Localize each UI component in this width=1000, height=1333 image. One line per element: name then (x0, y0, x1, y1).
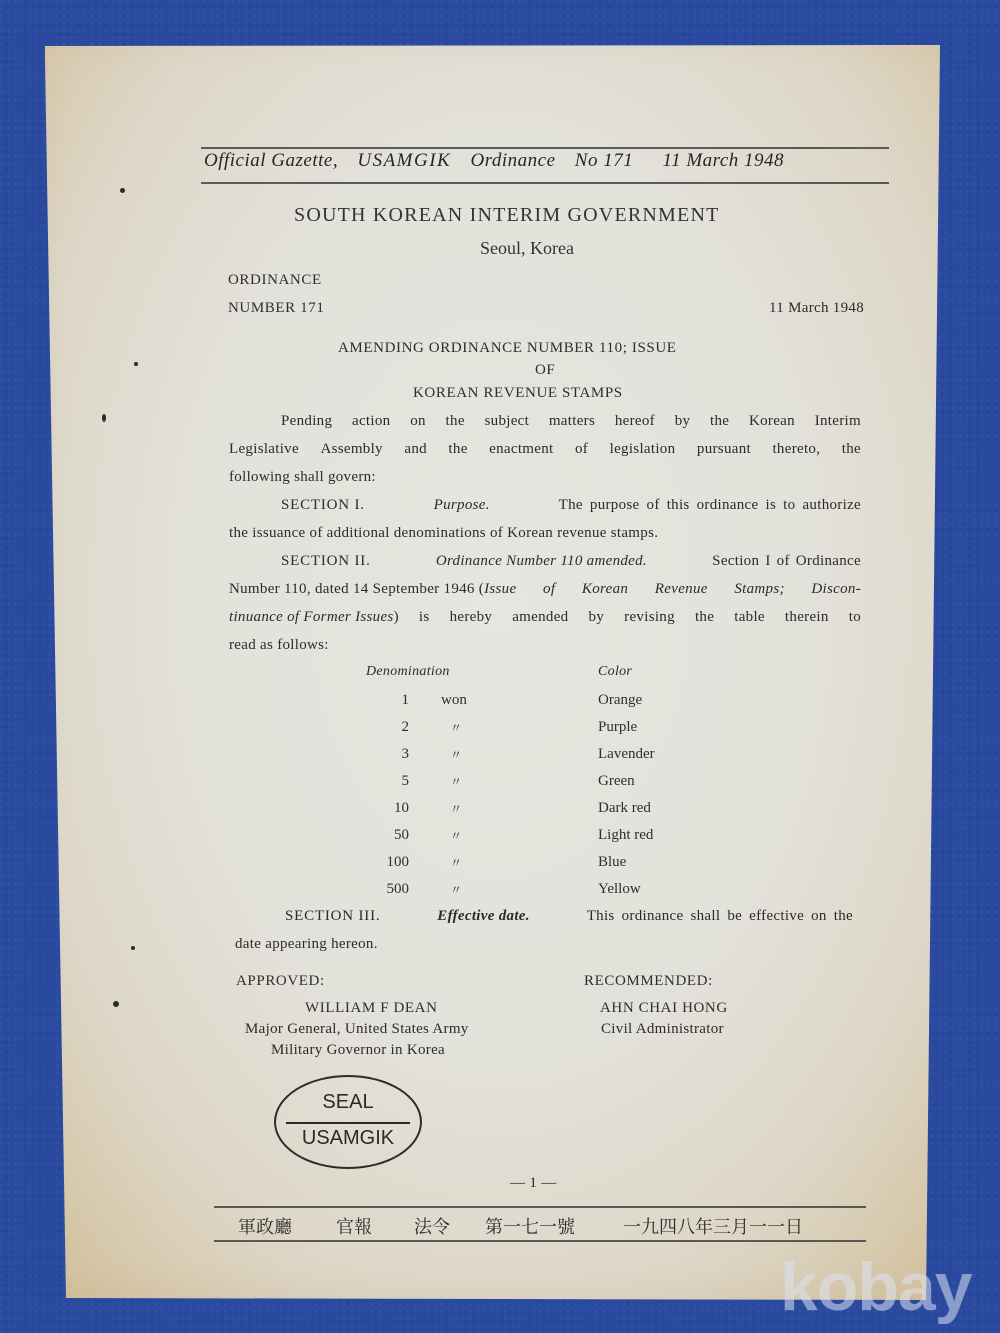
word: action (352, 413, 390, 430)
denomination-unit: 〃 (450, 746, 462, 763)
stamp-color: Light red (598, 827, 653, 844)
denomination-unit: 〃 (450, 719, 462, 736)
recommended-title-1: Civil Administrator (601, 1021, 724, 1038)
recommended-label: RECOMMENDED: (584, 973, 713, 990)
header-rule-bottom (201, 182, 889, 184)
word: enactment (489, 441, 553, 458)
word: legislation (610, 441, 676, 458)
section-1-line-2: the issuance of additional denominations… (229, 525, 658, 542)
ink-speck (134, 362, 138, 366)
subject-line-1: AMENDING ORDINANCE NUMBER 110; ISSUE (338, 340, 677, 357)
section-2-text: Section I of Ordinance (712, 553, 861, 570)
section-3-label: SECTION III. (285, 908, 380, 925)
section-2-line-2: Number 110, dated 14 September 1946 ( Is… (229, 581, 861, 598)
stamp-color: Yellow (598, 881, 641, 898)
ink-speck (120, 188, 125, 193)
usamgik-seal: SEAL USAMGIK (274, 1075, 422, 1169)
preamble-line-1: Pending action on the subject matters he… (281, 413, 861, 430)
location: Seoul, Korea (480, 238, 574, 259)
gazette-org: USAMGIK (357, 150, 451, 171)
stamp-color: Dark red (598, 800, 651, 817)
approved-label: APPROVED: (236, 973, 325, 990)
section-2-cited-title: Issue of Korean Revenue Stamps; Discon- (484, 581, 861, 598)
section-3-title: Effective date. (437, 908, 530, 925)
footer-ordinance: 法令 (414, 1213, 450, 1239)
gazette-label: Official Gazette, (204, 150, 338, 171)
section-3-text: This ordinance shall be effective on the (587, 908, 853, 925)
denomination-unit: 〃 (450, 827, 462, 844)
denomination-value: 5 (402, 773, 410, 790)
section-2-text: Number 110, dated 14 September 1946 ( (229, 581, 484, 598)
section-3-line-2: date appearing hereon. (235, 936, 378, 953)
word: Korean (749, 413, 795, 430)
preamble-line-2: Legislative Assembly and the enactment o… (229, 441, 861, 458)
table-header-color: Color (598, 664, 632, 680)
subject-line-2: OF (535, 362, 555, 379)
word: Assembly (320, 441, 382, 458)
page-number: — 1 — (510, 1175, 557, 1192)
section-2-line-4: read as follows: (229, 637, 329, 654)
stamp-color: Purple (598, 719, 637, 736)
word: Legislative (229, 441, 299, 458)
approved-title-1: Major General, United States Army (245, 1021, 469, 1038)
government-title: SOUTH KOREAN INTERIM GOVERNMENT (294, 204, 720, 227)
seal-top-text: SEAL (276, 1091, 420, 1114)
section-1-text: The purpose of this ordinance is to auth… (559, 497, 861, 514)
section-2-text: ) is hereby amended by revising the tabl… (394, 609, 861, 626)
footer-date: 一九四八年三月一一日 (623, 1213, 803, 1239)
word: matters (549, 413, 595, 430)
word: Pending (281, 413, 332, 430)
word: subject (485, 413, 530, 430)
subject-line-3: KOREAN REVENUE STAMPS (413, 385, 623, 402)
seal-divider (286, 1122, 410, 1124)
denomination-value: 3 (402, 746, 410, 763)
kobay-watermark: kobay (780, 1248, 972, 1326)
denomination-unit: 〃 (450, 881, 462, 898)
word: the (448, 441, 467, 458)
seal-bottom-text: USAMGIK (276, 1127, 420, 1150)
section-1-title: Purpose. (434, 497, 490, 514)
word: by (675, 413, 691, 430)
section-2-cited-title: tinuance of Former Issues (229, 609, 394, 626)
footer-rule-bottom (214, 1240, 866, 1242)
document-paper (0, 0, 1000, 1333)
ordinance-number: NUMBER 171 (228, 300, 324, 317)
word: and (404, 441, 427, 458)
gazette-header: Official Gazette, USAMGIK Ordinance No 1… (204, 150, 784, 172)
word: on (410, 413, 426, 430)
section-1-line-1: SECTION I. Purpose. The purpose of this … (281, 497, 861, 514)
approved-title-2: Military Governor in Korea (271, 1042, 445, 1059)
section-1-label: SECTION I. (281, 497, 365, 514)
section-2-label: SECTION II. (281, 553, 371, 570)
gazette-number: No 171 (575, 150, 633, 171)
stamp-color: Orange (598, 692, 642, 709)
word: Interim (815, 413, 861, 430)
ink-speck (131, 946, 135, 950)
denomination-unit: 〃 (450, 773, 462, 790)
table-header-denomination: Denomination (366, 664, 450, 680)
section-2-title: Ordinance Number 110 amended. (436, 553, 647, 570)
footer-agency: 軍政廳 (238, 1213, 292, 1239)
preamble-line-3: following shall govern: (229, 469, 376, 486)
footer-number: 第一七一號 (485, 1213, 575, 1239)
gazette-ordinance-label: Ordinance (470, 150, 555, 171)
section-2-line-3: tinuance of Former Issues ) is hereby am… (229, 609, 861, 626)
footer-gazette: 官報 (336, 1213, 372, 1239)
recommended-name: AHN CHAI HONG (600, 1000, 728, 1017)
denomination-value: 10 (394, 800, 409, 817)
approved-name: WILLIAM F DEAN (305, 1000, 438, 1017)
section-3-line-1: SECTION III. Effective date. This ordina… (285, 908, 853, 925)
denomination-value: 1 (402, 692, 410, 709)
word: hereof (615, 413, 655, 430)
word: of (575, 441, 588, 458)
ink-speck (102, 414, 106, 422)
denomination-value: 2 (402, 719, 410, 736)
ordinance-date: 11 March 1948 (769, 300, 864, 317)
denomination-value: 100 (387, 854, 410, 871)
footer-rule-top (214, 1206, 866, 1208)
word: the (446, 413, 465, 430)
word: the (710, 413, 729, 430)
denomination-unit: won (441, 692, 467, 709)
ink-speck (113, 1001, 119, 1007)
denomination-unit: 〃 (450, 854, 462, 871)
word: the (842, 441, 861, 458)
denomination-value: 500 (387, 881, 410, 898)
word: pursuant (697, 441, 751, 458)
stamp-color: Blue (598, 854, 626, 871)
header-rule-top (201, 147, 889, 149)
denomination-value: 50 (394, 827, 409, 844)
gazette-date: 11 March 1948 (662, 150, 784, 171)
denomination-unit: 〃 (450, 800, 462, 817)
stamp-color: Green (598, 773, 635, 790)
section-2-line-1: SECTION II. Ordinance Number 110 amended… (281, 553, 861, 570)
ordinance-label: ORDINANCE (228, 272, 322, 289)
word: thereto, (772, 441, 820, 458)
stamp-color: Lavender (598, 746, 655, 763)
